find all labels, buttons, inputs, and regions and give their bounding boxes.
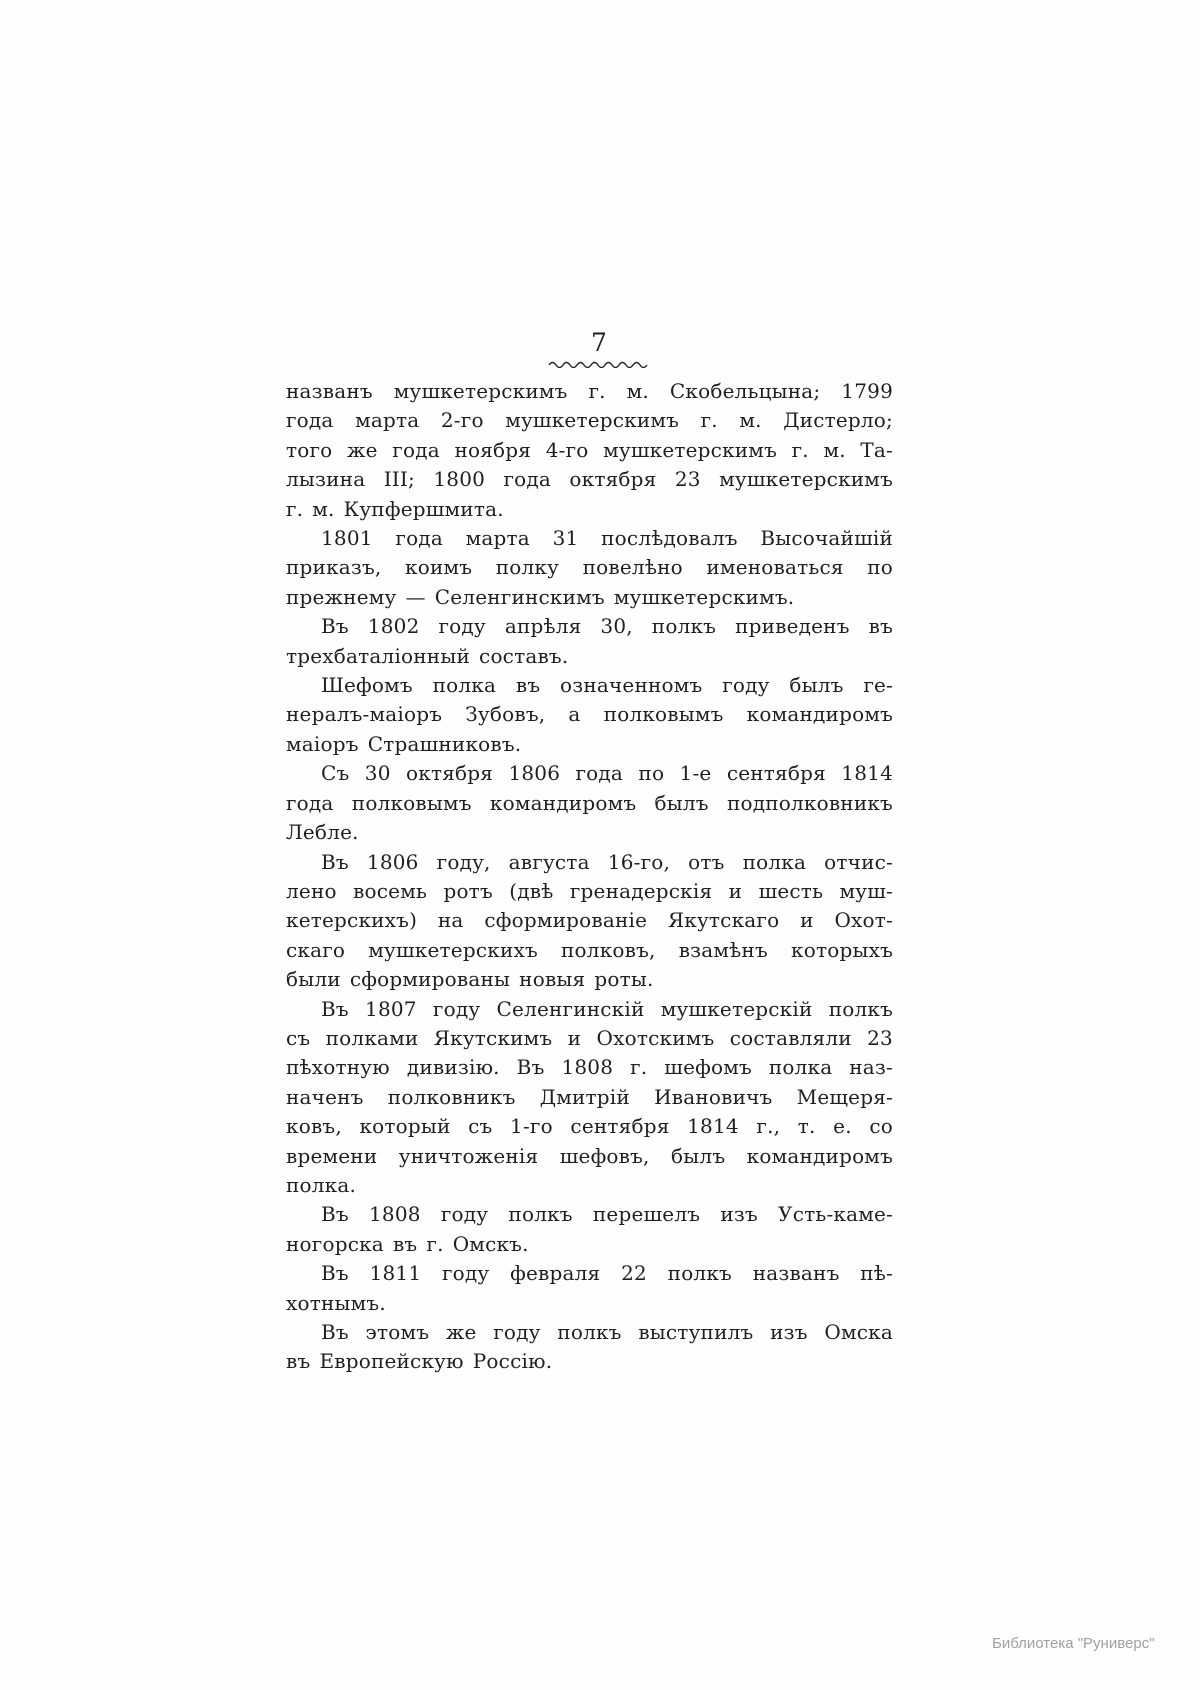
text-line: кетерскихъ) на сформированіе Якутскаго и…: [286, 906, 893, 935]
book-page: 7 названъ мушкетерскимъ г. м. Скобельцын…: [0, 0, 1200, 1690]
text-line: были сформированы новыя роты.: [286, 965, 893, 994]
text-line: Въ 1806 году, августа 16-го, отъ полка о…: [286, 848, 893, 877]
page-header: 7: [296, 329, 903, 368]
text-line: нералъ-маіоръ Зубовъ, а полковымъ команд…: [286, 700, 893, 729]
text-line: года полковымъ командиромъ былъ подполко…: [286, 789, 893, 818]
text-line: маіоръ Страшниковъ.: [286, 730, 893, 759]
text-line: пѣхотную дивизію. Въ 1808 г. шефомъ полк…: [286, 1053, 893, 1082]
text-line: въ Европейскую Россію.: [286, 1347, 893, 1376]
text-line: лено восемь ротъ (двѣ гренадерскія и шес…: [286, 877, 893, 906]
text-line: Въ 1807 году Селенгинскій мушкетерскій п…: [286, 995, 893, 1024]
text-line: Въ 1808 году полкъ перешелъ изъ Усть-кам…: [286, 1200, 893, 1229]
text-line: прежнему — Селенгинскимъ мушкетерскимъ.: [286, 583, 893, 612]
text-line: 1801 года марта 31 послѣдовалъ Высочайші…: [286, 524, 893, 553]
text-line: Въ этомъ же году полкъ выступилъ изъ Омс…: [286, 1318, 893, 1347]
text-line: времени уничтоженія шефовъ, былъ команди…: [286, 1142, 893, 1171]
text-line: приказъ, коимъ полку повелѣно именоватьс…: [286, 553, 893, 582]
text-line: съ полками Якутскимъ и Охотскимъ составл…: [286, 1024, 893, 1053]
text-line: скаго мушкетерскихъ полковъ, взамѣнъ кот…: [286, 936, 893, 965]
page-number: 7: [296, 329, 903, 357]
text-line: хотнымъ.: [286, 1289, 893, 1318]
text-line: Лебле.: [286, 818, 893, 847]
squiggle-divider-icon: [548, 359, 652, 368]
text-block: названъ мушкетерскимъ г. м. Скобельцына;…: [286, 377, 893, 1377]
text-line: ногорска въ г. Омскъ.: [286, 1230, 893, 1259]
text-line: лызина III; 1800 года октября 23 мушкете…: [286, 465, 893, 494]
text-line: наченъ полковникъ Дмитрій Ивановичъ Меще…: [286, 1083, 893, 1112]
text-line: Съ 30 октября 1806 года по 1-е сентября …: [286, 759, 893, 788]
watermark: Библиотека "Руниверс": [992, 1635, 1155, 1652]
text-line: Въ 1802 году апрѣля 30, полкъ приведенъ …: [286, 612, 893, 641]
text-line: названъ мушкетерскимъ г. м. Скобельцына;…: [286, 377, 893, 406]
text-line: полка.: [286, 1171, 893, 1200]
text-line: года марта 2-го мушкетерскимъ г. м. Дист…: [286, 406, 893, 435]
text-line: того же года ноября 4-го мушкетерскимъ г…: [286, 436, 893, 465]
text-line: г. м. Купфершмита.: [286, 495, 893, 524]
text-line: трехбаталіонный составъ.: [286, 642, 893, 671]
text-line: Въ 1811 году февраля 22 полкъ названъ пѣ…: [286, 1259, 893, 1288]
text-line: ковъ, который съ 1-го сентября 1814 г., …: [286, 1112, 893, 1141]
text-line: Шефомъ полка въ означенномъ году былъ ге…: [286, 671, 893, 700]
